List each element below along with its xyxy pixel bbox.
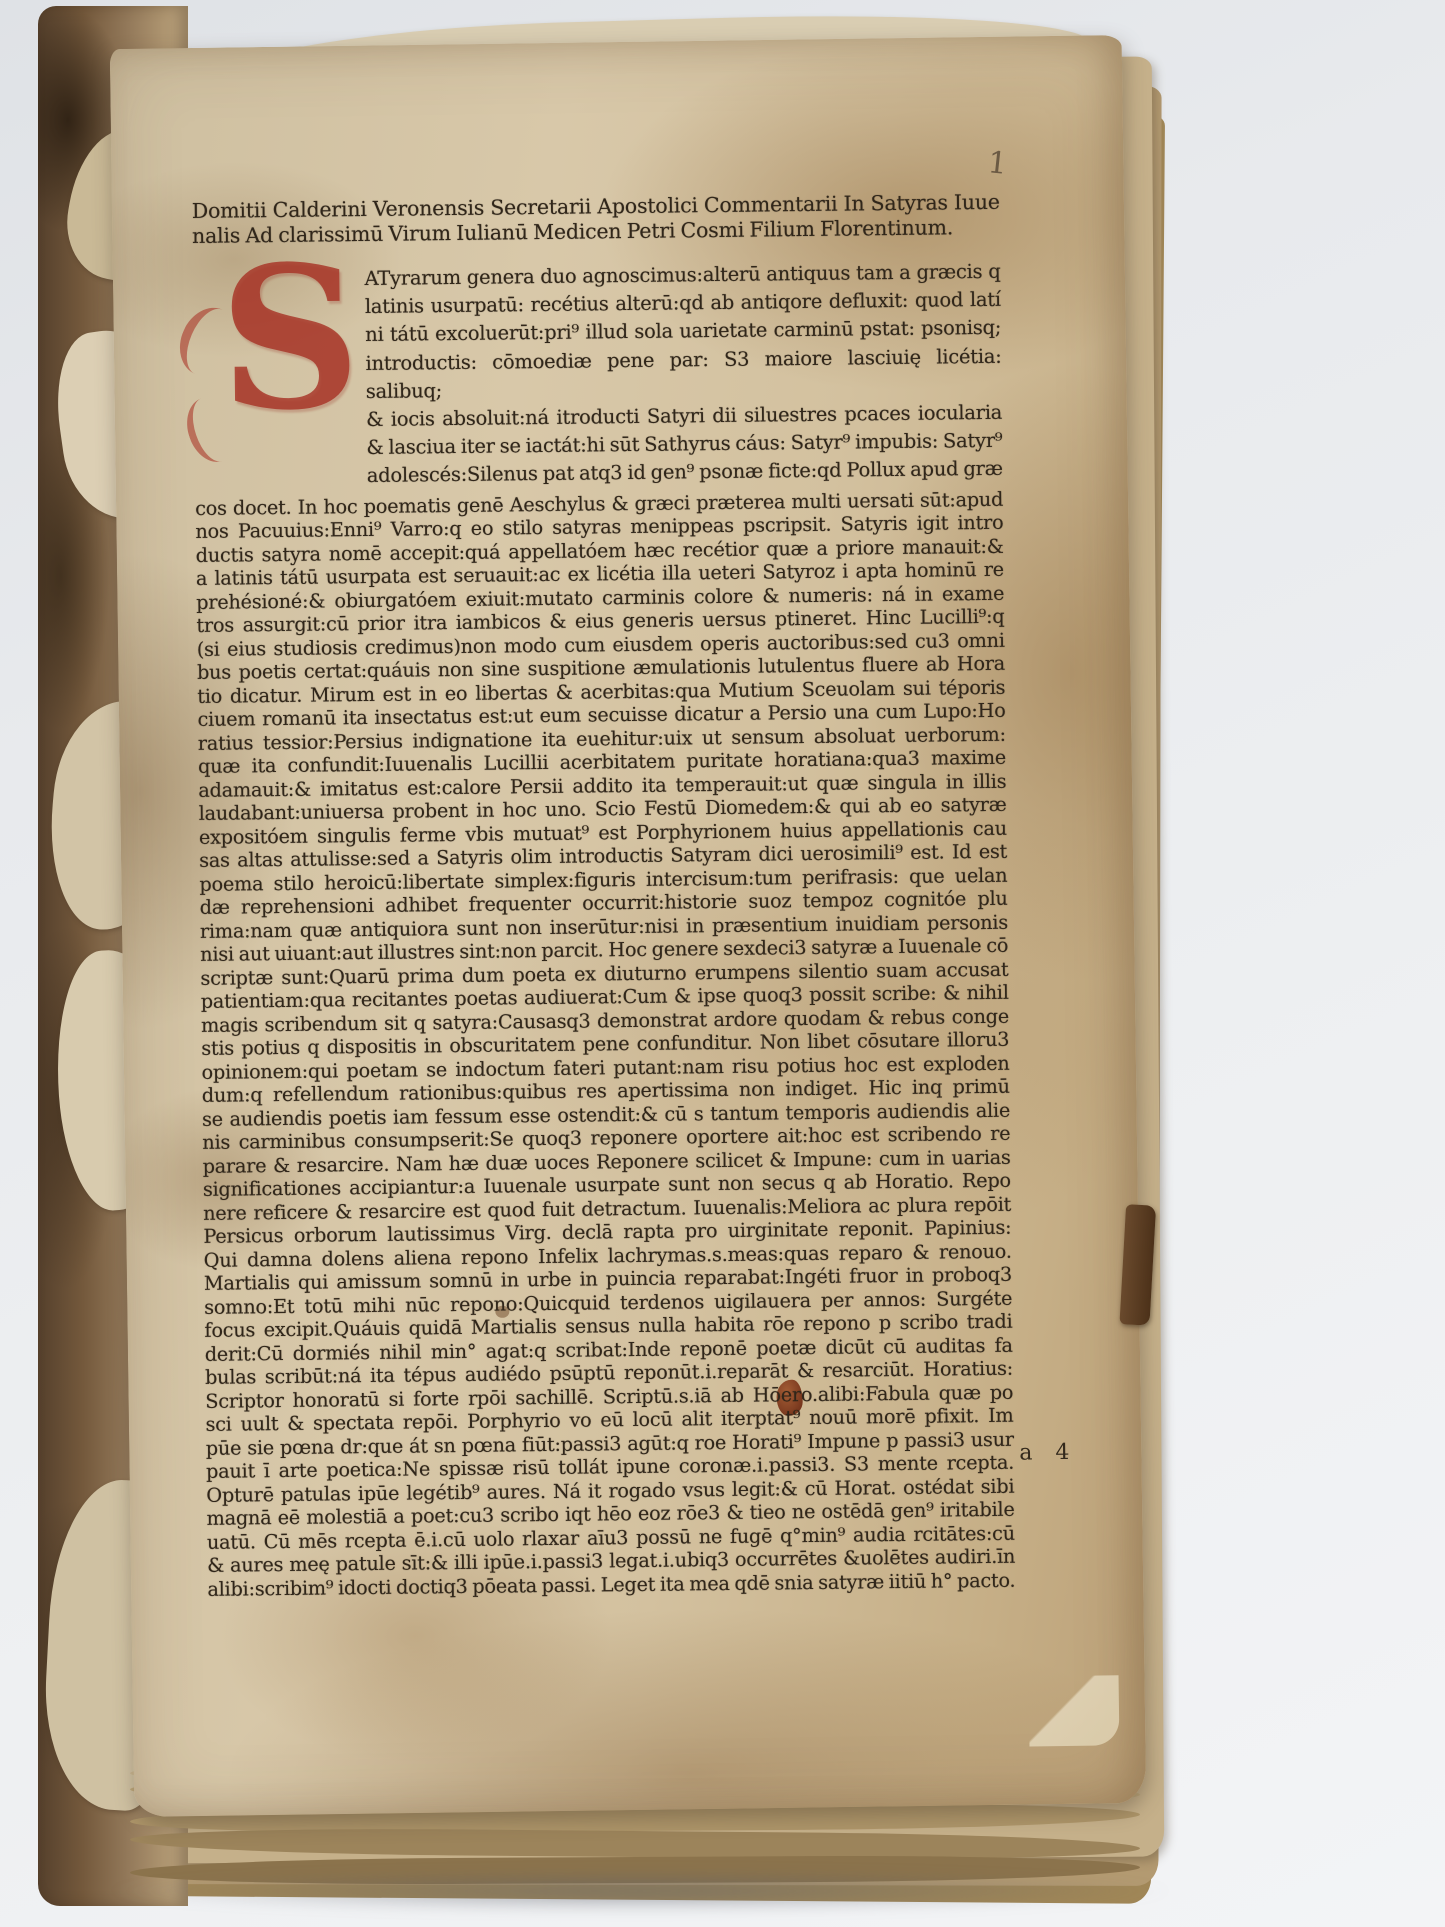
text-line: adolescés:Silenus pat atq3 id gen⁹ psonæ… xyxy=(367,455,1003,490)
body-lines: cos docet. In hoc poematis genē Aeschylu… xyxy=(195,487,1015,1601)
book-page: Domitii Calderini Veronensis Secretarii … xyxy=(110,35,1147,1817)
photo-backdrop: Domitii Calderini Veronensis Secretarii … xyxy=(0,0,1445,1927)
book-shadow xyxy=(100,1870,1180,1912)
page-corner-fold xyxy=(1029,1675,1120,1746)
opening-paragraph: S ATyrarum genera duo agnoscimus:alterū … xyxy=(192,258,1003,493)
handwritten-folio-number: 1 xyxy=(986,145,1009,182)
rubricated-initial: S xyxy=(218,253,338,442)
signature-mark: a 4 xyxy=(1019,1440,1069,1466)
text-line: introductis: cōmoediæ pene par: S3 maior… xyxy=(365,342,1002,406)
indented-lines: ATyrarum genera duo agnoscimus:alterū an… xyxy=(364,258,1003,491)
printed-text-block: Domitii Calderini Veronensis Secretarii … xyxy=(192,190,1016,1601)
